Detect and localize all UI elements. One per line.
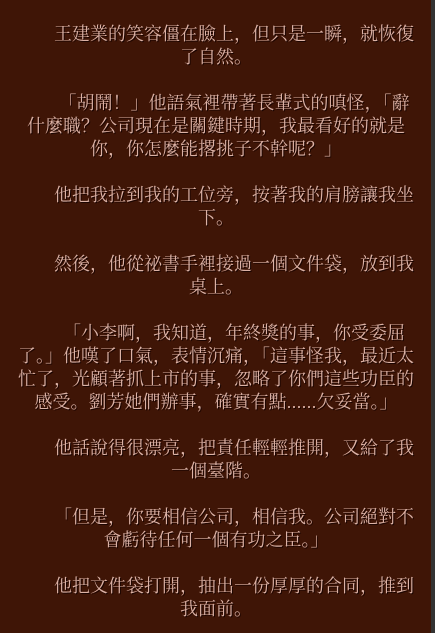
paragraph: 然後，他從祕書手裡接過一個文件袋，放到我桌上。 [16,253,416,299]
scrollbar-track[interactable] [431,0,435,633]
paragraph: 「小李啊，我知道，年終獎的事，你受委屈了。」他嘆了口氣，表情沉痛，「這事怪我，最… [16,322,416,414]
paragraph: 他把我拉到我的工位旁，按著我的肩膀讓我坐下。 [16,184,416,230]
paragraph: 「胡鬧！」他語氣裡帶著長輩式的嗔怪，「辭什麼職？公司現在是關鍵時期，我最看好的就… [16,92,416,161]
novel-reader-page: 王建業的笑容僵在臉上，但只是一瞬，就恢復了自然。 「胡鬧！」他語氣裡帶著長輩式的… [0,0,435,633]
paragraph: 他把文件袋打開，抽出一份厚厚的合同，推到我面前。 [16,575,416,621]
paragraph: 王建業的笑容僵在臉上，但只是一瞬，就恢復了自然。 [16,23,416,69]
paragraph: 「但是，你要相信公司，相信我。公司絕對不會虧待任何一個有功之臣。」 [16,506,416,552]
paragraph: 他話說得很漂亮，把責任輕輕推開，又給了我一個臺階。 [16,437,416,483]
reader-content[interactable]: 王建業的笑容僵在臉上，但只是一瞬，就恢復了自然。 「胡鬧！」他語氣裡帶著長輩式的… [0,0,431,633]
